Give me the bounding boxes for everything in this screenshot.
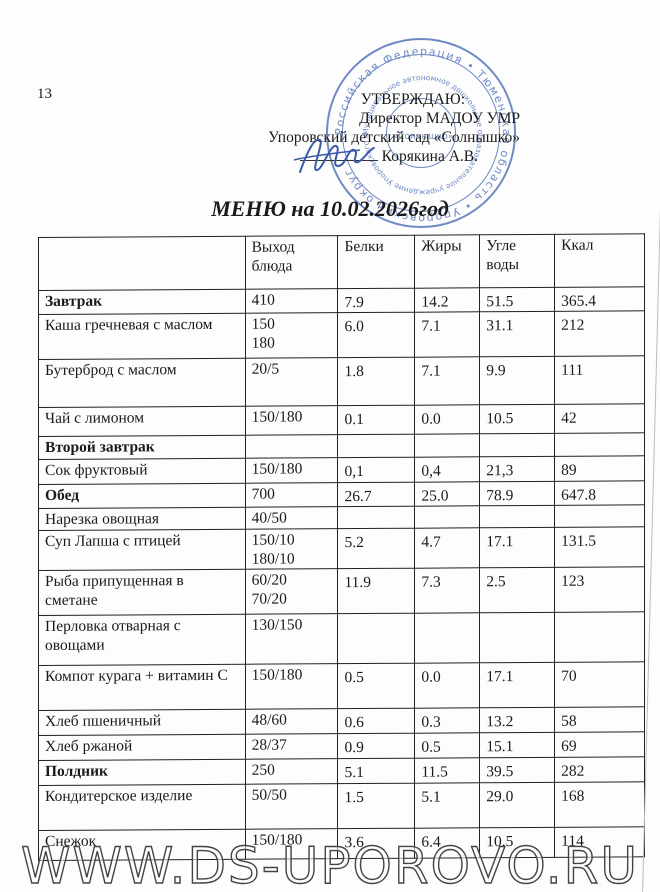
cell-carbs: 78.9 — [480, 481, 555, 505]
cell-carbs: 17.1 — [480, 662, 555, 707]
cell-protein: 1.5 — [338, 783, 415, 828]
cell-kcal — [555, 612, 645, 663]
column-header — [39, 236, 246, 290]
cell-fat: 0.5 — [415, 733, 480, 758]
cell-protein: 11.9 — [338, 568, 415, 613]
dish-name: Суп Лапша с птицей — [39, 529, 246, 570]
cell-fat: 5.1 — [415, 783, 480, 828]
cell-protein — [338, 613, 415, 663]
dish-name: Бутерброд с маслом — [39, 358, 246, 407]
cell-yield: 40/50 — [245, 507, 338, 530]
cell-kcal — [555, 505, 645, 528]
cell-protein: 5.2 — [338, 528, 415, 568]
cell-carbs: 2.5 — [480, 567, 555, 612]
cell-fat: 14.2 — [415, 288, 480, 312]
cell-kcal: 282 — [555, 757, 645, 783]
cell-yield: 700 — [245, 483, 338, 508]
cell-yield: 60/20 70/20 — [245, 569, 338, 615]
dish-row: Хлеб ржаной28/370.90.515.169 — [39, 732, 645, 761]
dish-row: Перловка отварная с овощами130/150 — [39, 612, 645, 666]
cell-carbs: 15.1 — [480, 732, 555, 757]
cell-yield: 20/5 — [245, 358, 338, 407]
cell-kcal: 42 — [555, 404, 645, 434]
dish-name: Кондитерское изделие — [39, 784, 246, 830]
cell-protein: 7.9 — [338, 288, 415, 312]
cell-protein — [338, 434, 415, 457]
cell-kcal: 365.4 — [555, 287, 645, 312]
column-header: Выход блюда — [245, 236, 338, 290]
dish-row: Каша гречневая с маслом150 1806.07.131.1… — [39, 311, 645, 360]
dish-name: Обед — [39, 483, 246, 508]
cell-protein — [338, 506, 415, 528]
cell-yield: 410 — [245, 289, 338, 314]
approval-heading: УТВЕРЖДАЮ: — [200, 90, 520, 109]
cell-yield: 150/180 — [245, 406, 338, 436]
dish-name: Каша гречневая с маслом — [39, 313, 246, 359]
cell-protein: 5.1 — [338, 758, 415, 783]
cell-fat — [415, 506, 480, 528]
approval-signatory: Корякина А.В. — [382, 148, 478, 165]
cell-protein: 26.7 — [338, 482, 415, 506]
cell-carbs — [480, 433, 555, 456]
dish-name: Второй завтрак — [39, 435, 246, 459]
dish-name: Завтрак — [39, 289, 246, 314]
dish-row: Компот курага + витамин С150/1800.50.017… — [39, 662, 645, 711]
cell-carbs: 9.9 — [480, 356, 555, 404]
cell-yield: 130/150 — [245, 614, 338, 665]
cell-protein: 0.9 — [338, 733, 415, 758]
dish-row: Суп Лапша с птицей150/10 180/105.24.717.… — [39, 527, 645, 571]
cell-kcal: 69 — [555, 732, 645, 758]
dish-row: Кондитерское изделие50/501.55.129.0168 — [39, 782, 645, 831]
cell-protein: 0.1 — [338, 405, 415, 434]
dish-row: Сок фруктовый150/1800,10,421,389 — [39, 456, 645, 485]
meal-section-row: Обед70026.725.078.9647.8 — [39, 481, 645, 509]
dish-name: Хлеб ржаной — [39, 734, 246, 760]
column-header: Ккал — [555, 234, 645, 288]
approval-position: Директор МАДОУ УМР — [200, 109, 520, 128]
dish-name: Нарезка овощная — [39, 507, 246, 530]
dish-name: Чай с лимоном — [39, 406, 246, 436]
column-header: Жиры — [415, 235, 480, 288]
cell-yield: 250 — [245, 759, 338, 785]
cell-yield: 150/180 — [245, 664, 338, 710]
cell-carbs: 29.0 — [480, 782, 555, 827]
cell-kcal: 89 — [555, 456, 645, 482]
dish-row: Хлеб пшеничный48/600.60.313.258 — [39, 707, 645, 736]
cell-fat: 7.1 — [415, 312, 480, 357]
cell-protein: 6.0 — [338, 312, 415, 357]
cell-kcal: 212 — [555, 311, 645, 357]
cell-fat: 7.3 — [415, 568, 480, 613]
cell-fat: 7.1 — [415, 357, 480, 405]
table-header-row: Выход блюдаБелкиЖирыУгле водыКкал — [39, 234, 645, 291]
column-header: Угле воды — [480, 234, 555, 287]
cell-fat: 11.5 — [415, 758, 480, 783]
dish-name: Компот курага + витамин С — [39, 664, 246, 710]
column-header: Белки — [338, 235, 415, 288]
cell-kcal: 131.5 — [555, 527, 645, 568]
menu-title: МЕНЮ на 10.02.2026год — [0, 196, 660, 222]
dish-name: Сок фруктовый — [39, 458, 246, 484]
cell-fat — [415, 434, 480, 457]
cell-carbs: 10.5 — [480, 404, 555, 433]
cell-protein: 1.8 — [338, 357, 415, 405]
handwritten-signature — [290, 130, 380, 180]
cell-carbs: 17.1 — [480, 527, 555, 567]
cell-yield: 28/37 — [245, 734, 338, 760]
cell-yield — [245, 435, 338, 459]
table-body: Завтрак4107.914.251.5365.4 Каша гречнева… — [39, 287, 645, 861]
cell-kcal: 123 — [555, 567, 645, 613]
cell-yield: 50/50 — [245, 784, 338, 830]
cell-carbs: 13.2 — [480, 707, 555, 732]
cell-protein: 0.6 — [338, 708, 415, 733]
meal-section-row: Полдник2505.111.539.5282 — [39, 757, 645, 786]
cell-yield: 48/60 — [245, 709, 338, 735]
cell-protein: 0.5 — [338, 663, 415, 708]
cell-kcal: 58 — [555, 707, 645, 733]
cell-kcal: 168 — [555, 782, 645, 828]
cell-fat: 0.0 — [415, 663, 480, 708]
dish-row: Бутерброд с маслом20/51.87.19.9111 — [39, 356, 645, 408]
cell-kcal: 111 — [555, 356, 645, 405]
dish-name: Рыба припущенная в сметане — [39, 569, 246, 615]
cell-carbs — [480, 612, 555, 662]
cell-fat: 0.0 — [415, 405, 480, 434]
cell-fat: 25.0 — [415, 482, 480, 506]
cell-carbs: 51.5 — [480, 287, 555, 311]
menu-table: Выход блюдаБелкиЖирыУгле водыКкал Завтра… — [38, 233, 645, 861]
cell-fat: 0,4 — [415, 457, 480, 482]
cell-carbs — [480, 505, 555, 527]
cell-kcal: 647.8 — [555, 481, 645, 506]
page-number: 13 — [37, 86, 52, 103]
dish-name: Перловка отварная с овощами — [39, 614, 246, 665]
cell-kcal: 70 — [555, 662, 645, 708]
cell-fat: 4.7 — [415, 528, 480, 568]
website-watermark: WWW.DS-UPOROVO.RU — [0, 840, 660, 892]
cell-kcal — [555, 433, 645, 457]
dish-name: Хлеб пшеничный — [39, 709, 246, 735]
cell-yield: 150 180 — [245, 313, 338, 359]
cell-carbs: 39.5 — [480, 757, 555, 782]
cell-fat — [415, 613, 480, 663]
cell-fat: 0.3 — [415, 708, 480, 733]
meal-section-row: Завтрак4107.914.251.5365.4 — [39, 287, 645, 315]
cell-yield: 150/180 — [245, 458, 338, 484]
cell-carbs: 31.1 — [480, 311, 555, 356]
cell-yield: 150/10 180/10 — [245, 529, 338, 570]
dish-row: Рыба припущенная в сметане60/20 70/2011.… — [39, 567, 645, 616]
dish-name: Полдник — [39, 759, 246, 785]
cell-protein: 0,1 — [338, 457, 415, 482]
dish-row: Чай с лимоном150/1800.10.010.542 — [39, 404, 645, 437]
cell-carbs: 21,3 — [480, 456, 555, 481]
